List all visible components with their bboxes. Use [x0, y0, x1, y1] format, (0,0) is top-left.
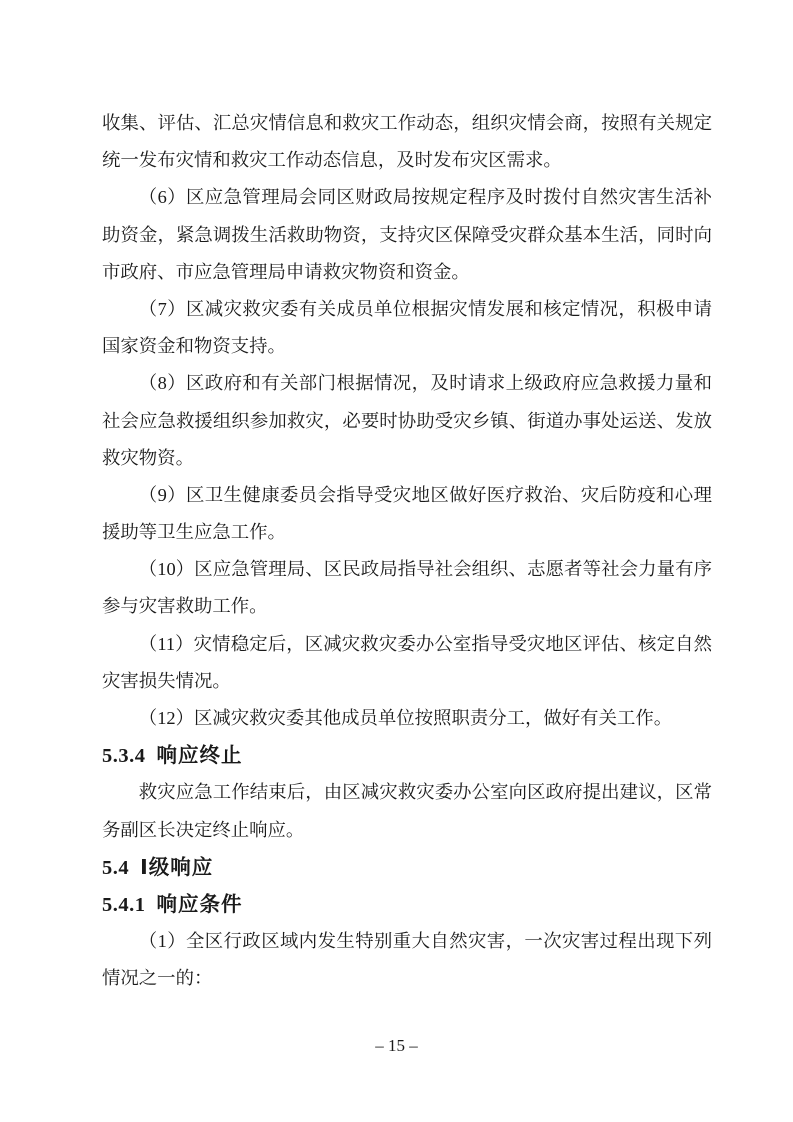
document-page: 收集、评估、汇总灾情信息和救灾工作动态，组织灾情会商，按照有关规定统一发布灾情和…	[0, 0, 793, 1122]
section-heading: 5.4Ⅰ级响应	[102, 849, 712, 886]
body-text: 收集、评估、汇总灾情信息和救灾工作动态，组织灾情会商，按照有关规定统一发布灾情和…	[102, 105, 712, 998]
text-line: （8）区政府和有关部门根据情况，及时请求上级政府应急救援力量和	[102, 365, 712, 402]
text-line: 务副区长决定终止响应。	[102, 812, 712, 849]
section-heading: 5.3.4响应终止	[102, 737, 712, 774]
text-line: 国家资金和物资支持。	[102, 328, 712, 365]
text-line: 援助等卫生应急工作。	[102, 514, 712, 551]
text-line: 救灾物资。	[102, 440, 712, 477]
heading-number: 5.4	[102, 857, 129, 879]
text-line: 情况之一的：	[102, 960, 712, 997]
text-line: 市政府、市应急管理局申请救灾物资和资金。	[102, 254, 712, 291]
text-line: 助资金，紧急调拨生活救助物资，支持灾区保障受灾群众基本生活，同时向	[102, 217, 712, 254]
text-line: 社会应急救援组织参加救灾，必要时协助受灾乡镇、街道办事处运送、发放	[102, 403, 712, 440]
heading-number: 5.4.1	[102, 894, 146, 916]
text-line: （10）区应急管理局、区民政局指导社会组织、志愿者等社会力量有序	[102, 551, 712, 588]
text-line: 收集、评估、汇总灾情信息和救灾工作动态，组织灾情会商，按照有关规定	[102, 105, 712, 142]
section-heading: 5.4.1响应条件	[102, 886, 712, 923]
text-line: （1）全区行政区域内发生特别重大自然灾害，一次灾害过程出现下列	[102, 923, 712, 960]
heading-number: 5.3.4	[102, 745, 146, 767]
page-footer: – 15 –	[0, 1034, 793, 1058]
text-line: 灾害损失情况。	[102, 663, 712, 700]
text-line: （7）区减灾救灾委有关成员单位根据灾情发展和核定情况，积极申请	[102, 291, 712, 328]
heading-title: 响应终止	[157, 744, 243, 767]
text-line: （9）区卫生健康委员会指导受灾地区做好医疗救治、灾后防疫和心理	[102, 477, 712, 514]
text-line: 参与灾害救助工作。	[102, 588, 712, 625]
heading-title: Ⅰ级响应	[140, 856, 213, 879]
text-line: 统一发布灾情和救灾工作动态信息，及时发布灾区需求。	[102, 142, 712, 179]
heading-title: 响应条件	[157, 893, 243, 916]
text-line: （12）区减灾救灾委其他成员单位按照职责分工，做好有关工作。	[102, 700, 712, 737]
text-line: （11）灾情稳定后，区减灾救灾委办公室指导受灾地区评估、核定自然	[102, 626, 712, 663]
text-line: （6）区应急管理局会同区财政局按规定程序及时拨付自然灾害生活补	[102, 179, 712, 216]
page-number: – 15 –	[375, 1036, 418, 1055]
text-line: 救灾应急工作结束后，由区减灾救灾委办公室向区政府提出建议，区常	[102, 774, 712, 811]
